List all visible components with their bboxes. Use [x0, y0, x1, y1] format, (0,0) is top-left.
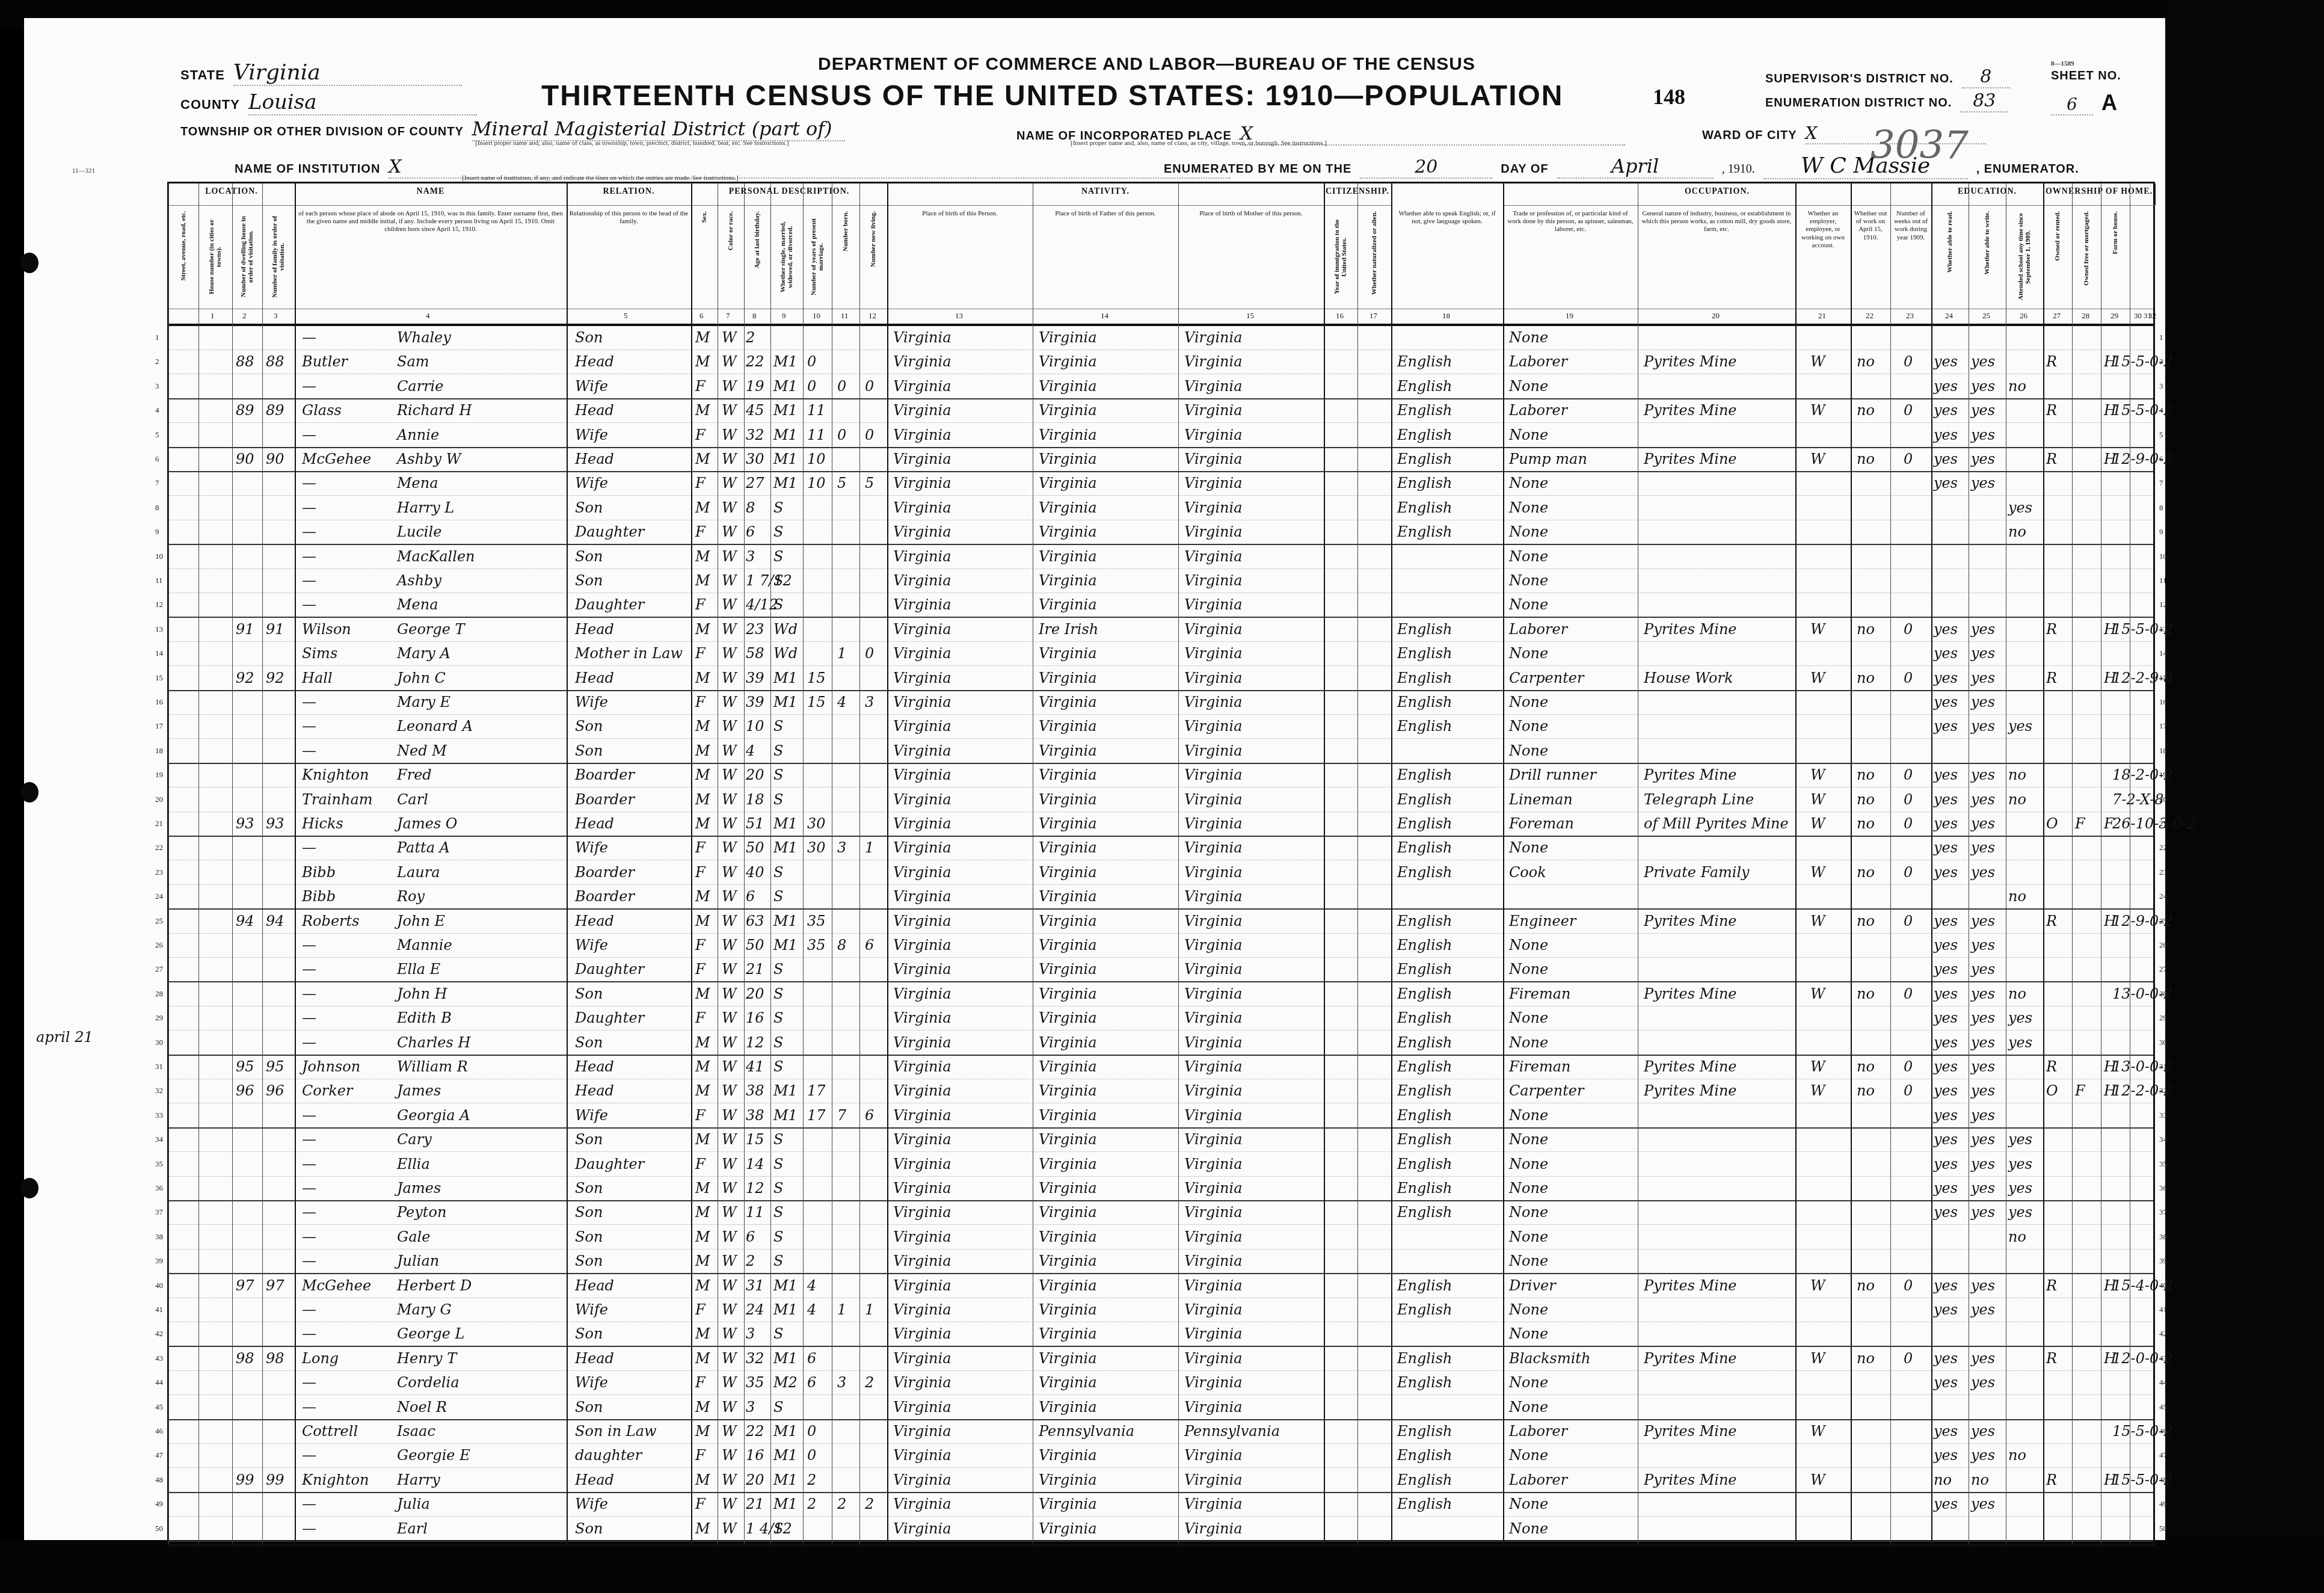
- age: 58: [746, 645, 764, 662]
- relation: Son: [575, 1131, 603, 1148]
- marital-status: M1: [773, 670, 798, 686]
- age: 27: [746, 475, 764, 491]
- birthplace-father: Virginia: [1039, 1301, 1097, 1318]
- industry: Pyrites Mine: [1644, 985, 1737, 1002]
- can-read: yes: [1934, 1034, 1958, 1051]
- can-read: yes: [1934, 378, 1958, 395]
- age: 2: [746, 329, 755, 346]
- marital-status: M1: [773, 402, 798, 419]
- birthplace-mother: Virginia: [1184, 791, 1243, 808]
- line-number: 19: [155, 770, 163, 780]
- sex: M: [695, 572, 710, 589]
- industry: of Mill Pyrites Mine: [1644, 815, 1789, 832]
- owned-rented: R: [2046, 1350, 2057, 1367]
- column-number: 27: [2053, 311, 2061, 321]
- children-living: 0: [865, 427, 874, 443]
- children-living: 2: [865, 1374, 874, 1391]
- can-write: yes: [1971, 1107, 1995, 1124]
- line-number: 34: [155, 1135, 163, 1144]
- line-number: 39: [155, 1256, 163, 1266]
- relation: Boarder: [575, 766, 635, 783]
- sex: F: [695, 839, 705, 856]
- sex: F: [695, 1009, 705, 1026]
- given-name: Ellia: [397, 1156, 430, 1172]
- language: English: [1397, 670, 1452, 686]
- color: W: [722, 985, 737, 1002]
- marital-status: S: [773, 1156, 783, 1172]
- column-header-lang: Whether able to speak English; or, if no…: [1391, 205, 1504, 309]
- table-row: 1111—AshbySonMW1 7/12SVirginiaVirginiaVi…: [168, 568, 2153, 593]
- surname: —: [302, 1374, 316, 1391]
- column-header-sex: Sex.: [691, 205, 718, 309]
- line-number-right: 26: [2159, 940, 2167, 950]
- dwelling-number: 97: [236, 1277, 254, 1294]
- language: English: [1397, 766, 1452, 783]
- language: English: [1397, 621, 1452, 638]
- sex: F: [695, 961, 705, 978]
- table-row: 228888ButlerSamHeadMW22M10VirginiaVirgin…: [168, 350, 2153, 374]
- birthplace-mother: Pennsylvania: [1184, 1423, 1280, 1440]
- employer-status: W: [1810, 1082, 1825, 1099]
- birthplace-father: Virginia: [1039, 1325, 1097, 1342]
- birthplace-person: Virginia: [893, 937, 951, 954]
- color: W: [722, 937, 737, 954]
- given-name: Cary: [397, 1131, 432, 1148]
- given-name: Ned M: [397, 742, 447, 759]
- age: 35: [746, 1374, 764, 1391]
- language: English: [1397, 1374, 1452, 1391]
- birthplace-father: Virginia: [1039, 815, 1097, 832]
- age: 39: [746, 694, 764, 710]
- language: English: [1397, 1082, 1452, 1099]
- birthplace-mother: Virginia: [1184, 1228, 1243, 1245]
- line-number-right: 24: [2159, 892, 2167, 901]
- sex: F: [695, 378, 705, 395]
- years-married: 6: [807, 1374, 816, 1391]
- dwelling-number: 95: [236, 1058, 254, 1075]
- color: W: [722, 766, 737, 783]
- age: 50: [746, 839, 764, 856]
- relation: Daughter: [575, 1156, 644, 1172]
- years-married: 0: [807, 378, 816, 395]
- table-row: 669090McGeheeAshby WHeadMW30M110Virginia…: [168, 447, 2153, 472]
- industry: Pyrites Mine: [1644, 1082, 1737, 1099]
- birthplace-mother: Virginia: [1184, 766, 1243, 783]
- table-row: 31319595JohnsonWilliam RHeadMW41SVirgini…: [168, 1055, 2153, 1079]
- color: W: [722, 378, 737, 395]
- given-name: Mary E: [397, 694, 450, 710]
- can-read: yes: [1934, 961, 1958, 978]
- birthplace-person: Virginia: [893, 694, 951, 710]
- birthplace-father: Virginia: [1039, 353, 1097, 370]
- marital-status: S: [773, 1058, 783, 1075]
- industry: Pyrites Mine: [1644, 1277, 1737, 1294]
- employer-status: W: [1810, 913, 1825, 929]
- given-name: Mena: [397, 596, 438, 613]
- language: English: [1397, 1180, 1452, 1197]
- marital-status: M1: [773, 451, 798, 467]
- line-number-right: 11: [2159, 576, 2167, 585]
- line-number: 28: [155, 989, 163, 999]
- family-number: 95: [266, 1058, 284, 1075]
- line-number-right: 36: [2159, 1183, 2167, 1193]
- age: 6: [746, 1228, 755, 1245]
- county-field: COUNTY Louisa: [180, 90, 477, 116]
- can-write: yes: [1971, 378, 1995, 395]
- surname: —: [302, 378, 316, 395]
- day-of-label: DAY OF: [1501, 162, 1548, 176]
- birthplace-mother: Virginia: [1184, 402, 1243, 419]
- can-write: yes: [1971, 475, 1995, 491]
- birthplace-mother: Virginia: [1184, 378, 1243, 395]
- given-name: James O: [397, 815, 458, 832]
- birthplace-mother: Virginia: [1184, 913, 1243, 929]
- relation: Son: [575, 1180, 603, 1197]
- birthplace-mother: Virginia: [1184, 1180, 1243, 1197]
- surname: —: [302, 1107, 316, 1124]
- column-group-ownership: OWNERSHIP OF HOME.: [2043, 183, 2156, 206]
- surname: —: [302, 985, 316, 1002]
- table-row: 4141—Mary GWifeFW24M1411VirginiaVirginia…: [168, 1298, 2153, 1322]
- birthplace-father: Virginia: [1039, 985, 1097, 1002]
- column-rule: [232, 183, 233, 1544]
- can-write: yes: [1971, 353, 1995, 370]
- column-rule: [1931, 183, 1932, 1544]
- column-number: 19: [1566, 311, 1573, 321]
- column-rule: [1357, 183, 1358, 1544]
- trade: None: [1509, 694, 1548, 710]
- birthplace-father: Virginia: [1039, 694, 1097, 710]
- line-number-right: 12: [2159, 600, 2167, 609]
- years-married: 30: [807, 839, 826, 856]
- color: W: [722, 791, 737, 808]
- column-number: 26: [2020, 311, 2027, 321]
- color: W: [722, 621, 737, 638]
- birthplace-person: Virginia: [893, 621, 951, 638]
- years-married: 11: [807, 402, 826, 419]
- sex: M: [695, 1058, 710, 1075]
- trade: None: [1509, 1325, 1548, 1342]
- color: W: [722, 1350, 737, 1367]
- family-number: 96: [266, 1082, 284, 1099]
- column-group-personal: PERSONAL DESCRIPTION.: [691, 183, 888, 206]
- relation: Head: [575, 670, 614, 686]
- age: 10: [746, 718, 764, 735]
- line-number-right: 10: [2159, 552, 2167, 561]
- can-read: yes: [1934, 913, 1958, 929]
- column-header-text: Attended school any time since September…: [2017, 211, 2032, 303]
- line-number: 37: [155, 1207, 163, 1217]
- birthplace-father: Virginia: [1039, 670, 1097, 686]
- color: W: [722, 1447, 737, 1464]
- line-number-right: 49: [2159, 1499, 2167, 1509]
- age: 50: [746, 937, 764, 954]
- language: English: [1397, 1156, 1452, 1172]
- can-write: yes: [1971, 621, 1995, 638]
- age: 18: [746, 791, 764, 808]
- given-name: Ashby: [397, 572, 441, 589]
- can-write: yes: [1971, 645, 1995, 662]
- marital-status: S: [773, 1399, 783, 1416]
- years-married: 0: [807, 353, 816, 370]
- given-name: Julia: [397, 1496, 430, 1512]
- relation: Boarder: [575, 864, 635, 881]
- column-number: 9: [782, 311, 786, 321]
- relation: Son: [575, 1034, 603, 1051]
- state-value: Virginia: [233, 60, 462, 86]
- column-header-mb: Place of birth of Mother of this person.: [1178, 205, 1324, 309]
- attended-school: yes: [2008, 1180, 2032, 1197]
- can-write: yes: [1971, 1058, 1995, 1075]
- birthplace-father: Virginia: [1039, 1009, 1097, 1026]
- column-header-text: Place of birth of Father of this person.: [1033, 205, 1178, 223]
- column-header-text: Sex.: [701, 211, 708, 223]
- owned-rented: O: [2046, 815, 2058, 832]
- birthplace-mother: Virginia: [1184, 572, 1243, 589]
- given-name: Whaley: [397, 329, 451, 346]
- industry: Pyrites Mine: [1644, 1058, 1737, 1075]
- trade: None: [1509, 1520, 1548, 1537]
- birthplace-person: Virginia: [893, 1082, 951, 1099]
- birthplace-person: Virginia: [893, 1277, 951, 1294]
- color: W: [722, 451, 737, 467]
- table-row: 1616—Mary EWifeFW39M11543VirginiaVirgini…: [168, 690, 2153, 715]
- children-born: 4: [837, 694, 846, 710]
- sex: F: [695, 1156, 705, 1172]
- birthplace-mother: Virginia: [1184, 1399, 1243, 1416]
- birthplace-person: Virginia: [893, 791, 951, 808]
- column-group-label: PERSONAL DESCRIPTION.: [691, 183, 887, 197]
- line-number: 2: [155, 357, 159, 366]
- marital-status: Wd: [773, 645, 798, 662]
- marital-status: S: [773, 523, 783, 540]
- birthplace-mother: Virginia: [1184, 815, 1243, 832]
- table-row: 1010—MacKallenSonMW3SVirginiaVirginiaVir…: [168, 544, 2153, 569]
- table-row: 3838—GaleSonMW6SVirginiaVirginiaVirginia…: [168, 1225, 2153, 1249]
- relation: Son: [575, 548, 603, 565]
- children-born: 8: [837, 937, 846, 954]
- years-married: 35: [807, 937, 826, 954]
- marital-status: M1: [773, 1301, 798, 1318]
- sex: M: [695, 548, 710, 565]
- family-number: 94: [266, 913, 284, 929]
- family-number: 98: [266, 1350, 284, 1367]
- surname: —: [302, 839, 316, 856]
- line-number: 20: [155, 795, 163, 804]
- given-name: Roy: [397, 888, 425, 905]
- surname: Roberts: [302, 913, 360, 929]
- birthplace-person: Virginia: [893, 1520, 951, 1537]
- can-read: yes: [1934, 353, 1958, 370]
- out-of-work: no: [1857, 1082, 1875, 1099]
- table-row: 3939—JulianSonMW2SVirginiaVirginiaVirgin…: [168, 1249, 2153, 1274]
- employer-status: W: [1810, 353, 1825, 370]
- color: W: [722, 961, 737, 978]
- column-rule: [718, 183, 718, 1544]
- trade: Blacksmith: [1509, 1350, 1590, 1367]
- column-header-text: Owned or rented.: [2054, 211, 2061, 260]
- column-header-text: Number now living.: [870, 211, 877, 267]
- years-married: 15: [807, 670, 826, 686]
- marital-status: M1: [773, 1423, 798, 1440]
- attended-school: no: [2008, 378, 2026, 395]
- relation: Head: [575, 815, 614, 832]
- birthplace-person: Virginia: [893, 475, 951, 491]
- line-number-right: 7: [2159, 478, 2163, 488]
- birthplace-father: Virginia: [1039, 718, 1097, 735]
- owned-rented: R: [2046, 1471, 2057, 1488]
- institution-label: NAME OF INSTITUTION: [235, 162, 380, 176]
- employer-status: W: [1810, 815, 1825, 832]
- birthplace-mother: Virginia: [1184, 523, 1243, 540]
- line-number: 17: [155, 721, 163, 731]
- column-group-label: OCCUPATION.: [1503, 183, 1931, 197]
- surname: —: [302, 937, 316, 954]
- table-row: 4747—Georgie EdaughterFW16M10VirginiaVir…: [168, 1443, 2153, 1468]
- relation: Son: [575, 1228, 603, 1245]
- weeks-out: 0: [1904, 353, 1913, 370]
- birthplace-person: Virginia: [893, 913, 951, 929]
- years-married: 4: [807, 1301, 816, 1318]
- can-write: yes: [1971, 1180, 1995, 1197]
- sex: M: [695, 742, 710, 759]
- column-group-label: LOCATION.: [168, 183, 295, 197]
- surname: —: [302, 1301, 316, 1318]
- age: 32: [746, 427, 764, 443]
- line-number: 33: [155, 1111, 163, 1120]
- industry: Pyrites Mine: [1644, 451, 1737, 467]
- enumerated-month: April: [1557, 155, 1714, 179]
- relation: Son: [575, 718, 603, 735]
- employer-status: W: [1810, 1423, 1825, 1440]
- birthplace-mother: Virginia: [1184, 1520, 1243, 1537]
- birthplace-mother: Virginia: [1184, 1058, 1243, 1075]
- supervisor-value: 8: [1962, 66, 2010, 88]
- column-header-text: Relationship of this person to the head …: [567, 205, 691, 230]
- sex: M: [695, 670, 710, 686]
- can-read: yes: [1934, 815, 1958, 832]
- surname: Johnson: [302, 1058, 360, 1075]
- birthplace-father: Virginia: [1039, 1180, 1097, 1197]
- column-header-text: Number of family in order of visitation.: [271, 211, 286, 303]
- surname: Hicks: [302, 815, 343, 832]
- column-header-text: House number (in cities or towns).: [208, 211, 223, 303]
- surname: —: [302, 694, 316, 710]
- age: 21: [746, 1496, 764, 1512]
- out-of-work: no: [1857, 1058, 1875, 1075]
- language: English: [1397, 1496, 1452, 1512]
- children-living: 6: [865, 1107, 874, 1124]
- column-header-age: Age at last birthday.: [744, 205, 771, 309]
- column-header-text: Farm or house.: [2112, 211, 2119, 254]
- column-number: 17: [1369, 311, 1377, 321]
- sex: M: [695, 1399, 710, 1416]
- birthplace-mother: Virginia: [1184, 694, 1243, 710]
- column-number: 1: [211, 311, 215, 321]
- birthplace-father: Virginia: [1039, 913, 1097, 929]
- relation: Daughter: [575, 596, 644, 613]
- trade: None: [1509, 499, 1548, 516]
- given-name: Herbert D: [397, 1277, 472, 1294]
- punch-hole: [20, 1178, 38, 1198]
- line-number: 29: [155, 1013, 163, 1023]
- line-number-right: 37: [2159, 1207, 2167, 1217]
- state-label: STATE: [180, 67, 225, 83]
- relation: Head: [575, 1277, 614, 1294]
- trade: Driver: [1509, 1277, 1556, 1294]
- language: English: [1397, 1034, 1452, 1051]
- sex: M: [695, 1082, 710, 1099]
- owned-rented: O: [2046, 1082, 2058, 1099]
- column-group-label: NATIVITY.: [887, 183, 1324, 197]
- column-number-row: 1234567891011121314151617181920212223242…: [168, 309, 2153, 326]
- sex: M: [695, 815, 710, 832]
- age: 6: [746, 888, 755, 905]
- age: 30: [746, 451, 764, 467]
- out-of-work: no: [1857, 621, 1875, 638]
- line-number: 5: [155, 430, 159, 440]
- line-number: 42: [155, 1329, 163, 1339]
- given-name: Peyton: [397, 1204, 446, 1221]
- birthplace-father: Virginia: [1039, 839, 1097, 856]
- marital-status: M1: [773, 1471, 798, 1488]
- sheet-field: SHEET NO.: [2051, 69, 2121, 83]
- trade: None: [1509, 1228, 1548, 1245]
- birthplace-mother: Virginia: [1184, 451, 1243, 467]
- can-read: yes: [1934, 1496, 1958, 1512]
- birthplace-mother: Virginia: [1184, 1471, 1243, 1488]
- trade: None: [1509, 1374, 1548, 1391]
- column-number: 32: [2148, 311, 2156, 321]
- marital-status: M1: [773, 353, 798, 370]
- incorporated-note: [Insert proper name and, also, name of c…: [1071, 140, 1327, 147]
- line-number: 40: [155, 1281, 163, 1290]
- line-number: 15: [155, 673, 163, 683]
- employer-status: W: [1810, 670, 1825, 686]
- can-write: yes: [1971, 1156, 1995, 1172]
- color: W: [722, 1520, 737, 1537]
- sex: M: [695, 766, 710, 783]
- birthplace-father: Virginia: [1039, 1082, 1097, 1099]
- industry: Pyrites Mine: [1644, 621, 1737, 638]
- birthplace-father: Virginia: [1039, 937, 1097, 954]
- birthplace-father: Virginia: [1039, 548, 1097, 565]
- table-row: 448989GlassRichard HHeadMW45M111Virginia…: [168, 398, 2153, 423]
- column-number: 30: [2134, 311, 2142, 321]
- language: English: [1397, 645, 1452, 662]
- trade: None: [1509, 1253, 1548, 1269]
- relation: Son: [575, 329, 603, 346]
- table-row: 1717—Leonard ASonMW10SVirginiaVirginiaVi…: [168, 714, 2153, 739]
- birthplace-person: Virginia: [893, 645, 951, 662]
- owned-rented: R: [2046, 451, 2057, 467]
- children-born: 3: [837, 1374, 846, 1391]
- age: 12: [746, 1180, 764, 1197]
- given-name: James: [397, 1082, 441, 1099]
- owned-rented: R: [2046, 1277, 2057, 1294]
- stamp-number: 3037: [1871, 123, 1969, 168]
- age: 11: [746, 1204, 764, 1221]
- sex: M: [695, 1034, 710, 1051]
- line-number: 18: [155, 746, 163, 756]
- can-read: yes: [1934, 1009, 1958, 1026]
- birthplace-mother: Virginia: [1184, 1131, 1243, 1148]
- out-of-work: no: [1857, 451, 1875, 467]
- column-number: 7: [726, 311, 730, 321]
- given-name: Mena: [397, 475, 438, 491]
- trade: None: [1509, 1180, 1548, 1197]
- employer-status: W: [1810, 402, 1825, 419]
